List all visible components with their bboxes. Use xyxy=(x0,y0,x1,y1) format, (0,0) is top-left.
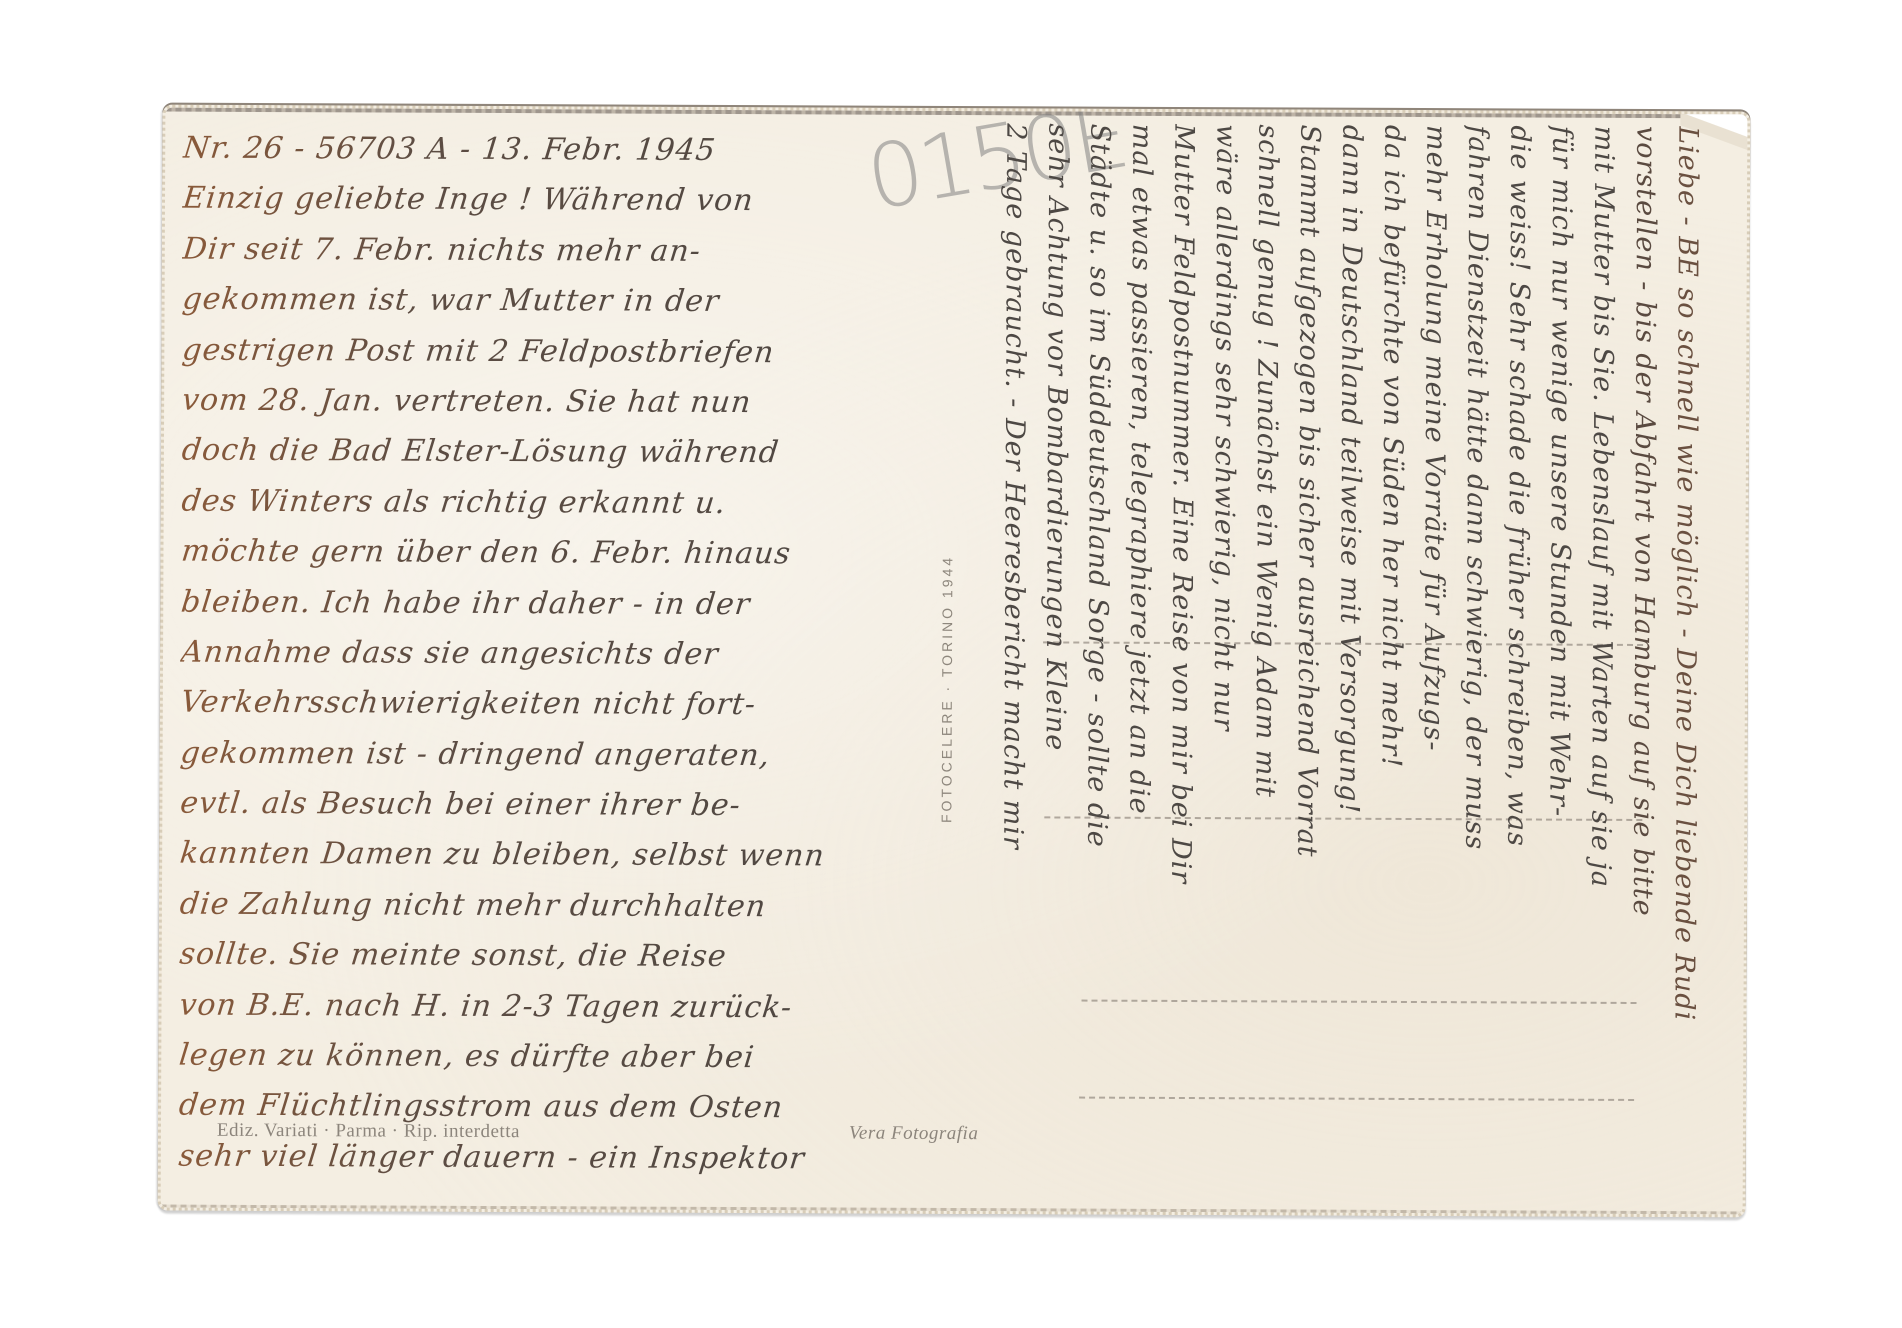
continuation-text: 2 Tage gebraucht. - Der Heeresbericht ma… xyxy=(991,123,1736,1206)
letter-line: möchte gern über den 6. Febr. hinaus xyxy=(179,527,965,581)
photo-caption: Vera Fotografia xyxy=(849,1123,979,1146)
letter-line: legen zu können, es dürfte aber bei xyxy=(177,1031,963,1085)
continuation-line: fahren Dienstzeit hätte dann schwierig, … xyxy=(1453,125,1498,1185)
publisher-imprint: FOTOCELERE · TORINO 1944 xyxy=(938,483,961,823)
continuation-line: Liebe - BE so schnell wie möglich - Dein… xyxy=(1663,126,1708,1186)
letter-line: von B.E. nach H. in 2-3 Tagen zurück- xyxy=(177,980,963,1034)
letter-line: des Winters als richtig erkannt u. xyxy=(179,476,965,530)
letter-header: Nr. 26 - 56703 A - 13. Febr. 1945 xyxy=(180,124,966,178)
continuation-line: Stammt aufgezogen bis sicher ausreichend… xyxy=(1285,124,1330,1184)
letter-line: der jetzt zu uns kam, hat allein xyxy=(176,1204,962,1218)
continuation-line: sehr Achtung vor Bombardierungen Kleine xyxy=(1033,123,1078,1183)
continuation-line: mehr Erholung meine Vorräte für Aufzugs- xyxy=(1411,125,1456,1185)
letter-line: evtl. als Besuch bei einer ihrer be- xyxy=(178,779,964,833)
continuation-line: 2 Tage gebraucht. - Der Heeresbericht ma… xyxy=(991,123,1036,1183)
continuation-line: für mich nur wenige unsere Stunden mit W… xyxy=(1537,126,1582,1186)
continuation-line: mit Mutter bis Sie. Lebenslauf mit Warte… xyxy=(1579,126,1624,1186)
publisher-caption: Ediz. Variati · Parma · Rip. interdetta xyxy=(217,1120,520,1143)
letter-line: sollte. Sie meinte sonst, die Reise xyxy=(177,930,963,984)
letter-body: Nr. 26 - 56703 A - 13. Febr. 1945 Einzig… xyxy=(178,124,963,1218)
continuation-line: mal etwas passieren, telegraphiere jetzt… xyxy=(1117,124,1162,1184)
scan-page: Nr. 26 - 56703 A - 13. Febr. 1945 Einzig… xyxy=(0,0,1902,1328)
continuation-line: Mutter Feldpostnummer. Eine Reise von mi… xyxy=(1159,124,1204,1184)
letter-line: Annahme dass sie angesichts der xyxy=(178,628,964,682)
continuation-line: wäre allerdings sehr schwierig, nicht nu… xyxy=(1201,124,1246,1184)
letter-line: doch die Bad Elster-Lösung während xyxy=(179,426,965,480)
letter-line: bleiben. Ich habe ihr daher - in der xyxy=(178,577,964,631)
continuation-line: da ich befürchte von Süden her nicht meh… xyxy=(1369,125,1414,1185)
letter-line: Dir seit 7. Febr. nichts mehr an- xyxy=(180,224,966,278)
continuation-line: schnell genug ! Zunächst ein Wenig Adam … xyxy=(1243,124,1288,1184)
letter-line: die Zahlung nicht mehr durchhalten xyxy=(177,879,963,933)
continuation-line: die weiss! Sehr schade die früher schrei… xyxy=(1495,125,1540,1185)
letter-line: gekommen ist, war Mutter in der xyxy=(180,275,966,329)
letter-line: vom 28. Jan. vertreten. Sie hat nun xyxy=(179,376,965,430)
continuation-line: dann in Deutschland teilweise mit Versor… xyxy=(1327,125,1372,1185)
letter-line: Einzig geliebte Inge ! Während von xyxy=(180,174,966,228)
continuation-line: vorstellen - bis der Abfahrt von Hamburg… xyxy=(1621,126,1666,1186)
postcard-back: Nr. 26 - 56703 A - 13. Febr. 1945 Einzig… xyxy=(158,105,1751,1218)
letter-line: gestrigen Post mit 2 Feldpostbriefen xyxy=(180,325,966,379)
letter-line: gekommen ist - dringend angeraten, xyxy=(178,728,964,782)
continuation-line: Städte u. so im Süddeutschland Sorge - s… xyxy=(1075,124,1120,1184)
letter-line: Verkehrsschwierigkeiten nicht fort- xyxy=(178,678,964,732)
letter-line: kannten Damen zu bleiben, selbst wenn xyxy=(177,829,963,883)
